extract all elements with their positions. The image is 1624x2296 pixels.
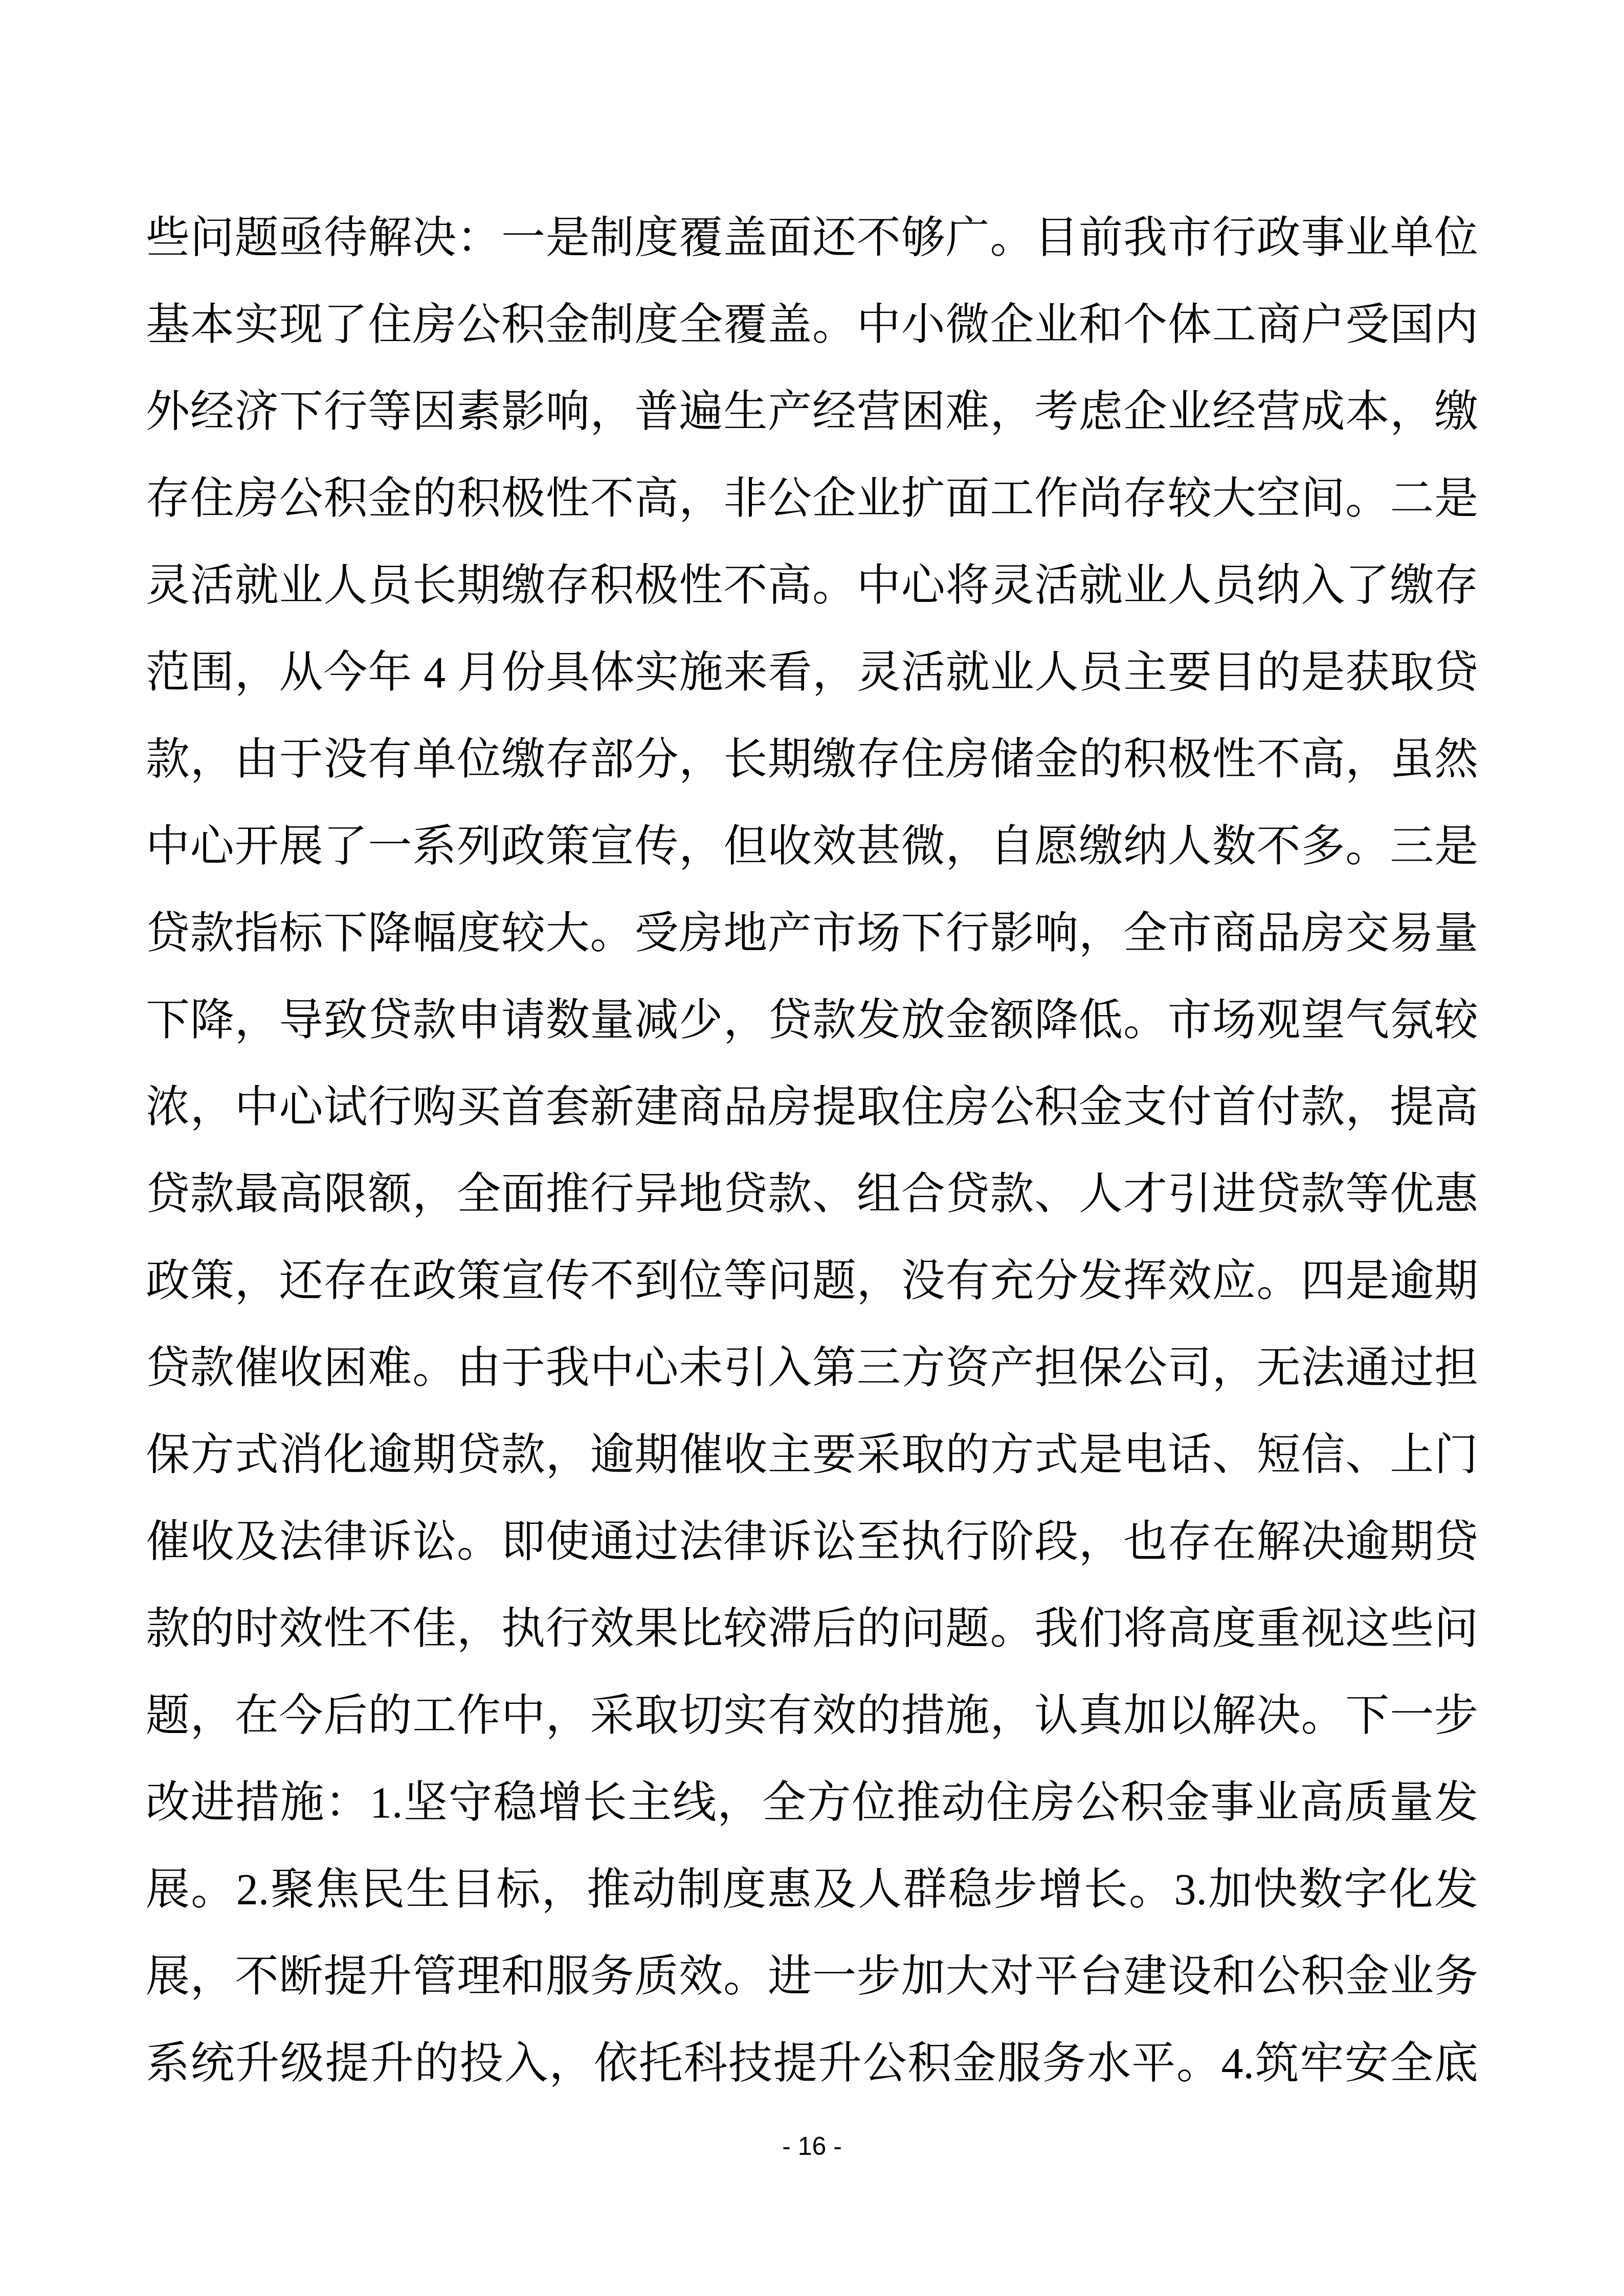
text-line: 些问题亟待解决：一是制度覆盖面还不够广。目前我市行政事业单位: [146, 194, 1478, 281]
text-line: 贷款指标下降幅度较大。受房地产市场下行影响，全市商品房交易量: [146, 890, 1478, 977]
text-line: 范围，从今年 4 月份具体实施来看，灵活就业人员主要目的是获取贷: [146, 629, 1478, 716]
text-line: 保方式消化逾期贷款，逾期催收主要采取的方式是电话、短信、上门: [146, 1411, 1478, 1498]
body-text: 些问题亟待解决：一是制度覆盖面还不够广。目前我市行政事业单位 基本实现了住房公积…: [146, 194, 1478, 2107]
document-page: 些问题亟待解决：一是制度覆盖面还不够广。目前我市行政事业单位 基本实现了住房公积…: [0, 0, 1624, 2296]
text-line: 下降，导致贷款申请数量减少，贷款发放金额降低。市场观望气氛较: [146, 977, 1478, 1064]
text-line: 贷款最高限额，全面推行异地贷款、组合贷款、人才引进贷款等优惠: [146, 1151, 1478, 1237]
text-line: 中心开展了一系列政策宣传，但收效甚微，自愿缴纳人数不多。三是: [146, 803, 1478, 890]
text-line: 存住房公积金的积极性不高，非公企业扩面工作尚存较大空间。二是: [146, 455, 1478, 542]
text-line: 改进措施：1.坚守稳增长主线，全方位推动住房公积金事业高质量发: [146, 1759, 1478, 1846]
text-line: 外经济下行等因素影响，普遍生产经营困难，考虑企业经营成本，缴: [146, 368, 1478, 455]
text-line: 浓，中心试行购买首套新建商品房提取住房公积金支付首付款，提高: [146, 1064, 1478, 1151]
text-line: 款，由于没有单位缴存部分，长期缴存住房储金的积极性不高，虽然: [146, 716, 1478, 803]
text-line: 政策，还存在政策宣传不到位等问题，没有充分发挥效应。四是逾期: [146, 1237, 1478, 1324]
text-line: 题，在今后的工作中，采取切实有效的措施，认真加以解决。下一步: [146, 1672, 1478, 1759]
text-line: 系统升级提升的投入，依托科技提升公积金服务水平。4.筑牢安全底: [146, 2020, 1478, 2107]
page-number: - 16 -: [0, 2131, 1624, 2161]
text-line: 展。2.聚焦民生目标，推动制度惠及人群稳步增长。3.加快数字化发: [146, 1846, 1478, 1933]
text-line: 款的时效性不佳，执行效果比较滞后的问题。我们将高度重视这些问: [146, 1585, 1478, 1672]
text-line: 贷款催收困难。由于我中心未引入第三方资产担保公司，无法通过担: [146, 1324, 1478, 1411]
text-line: 催收及法律诉讼。即使通过法律诉讼至执行阶段，也存在解决逾期贷: [146, 1498, 1478, 1585]
text-line: 灵活就业人员长期缴存积极性不高。中心将灵活就业人员纳入了缴存: [146, 542, 1478, 629]
text-line: 展，不断提升管理和服务质效。进一步加大对平台建设和公积金业务: [146, 1933, 1478, 2020]
text-line: 基本实现了住房公积金制度全覆盖。中小微企业和个体工商户受国内: [146, 281, 1478, 368]
